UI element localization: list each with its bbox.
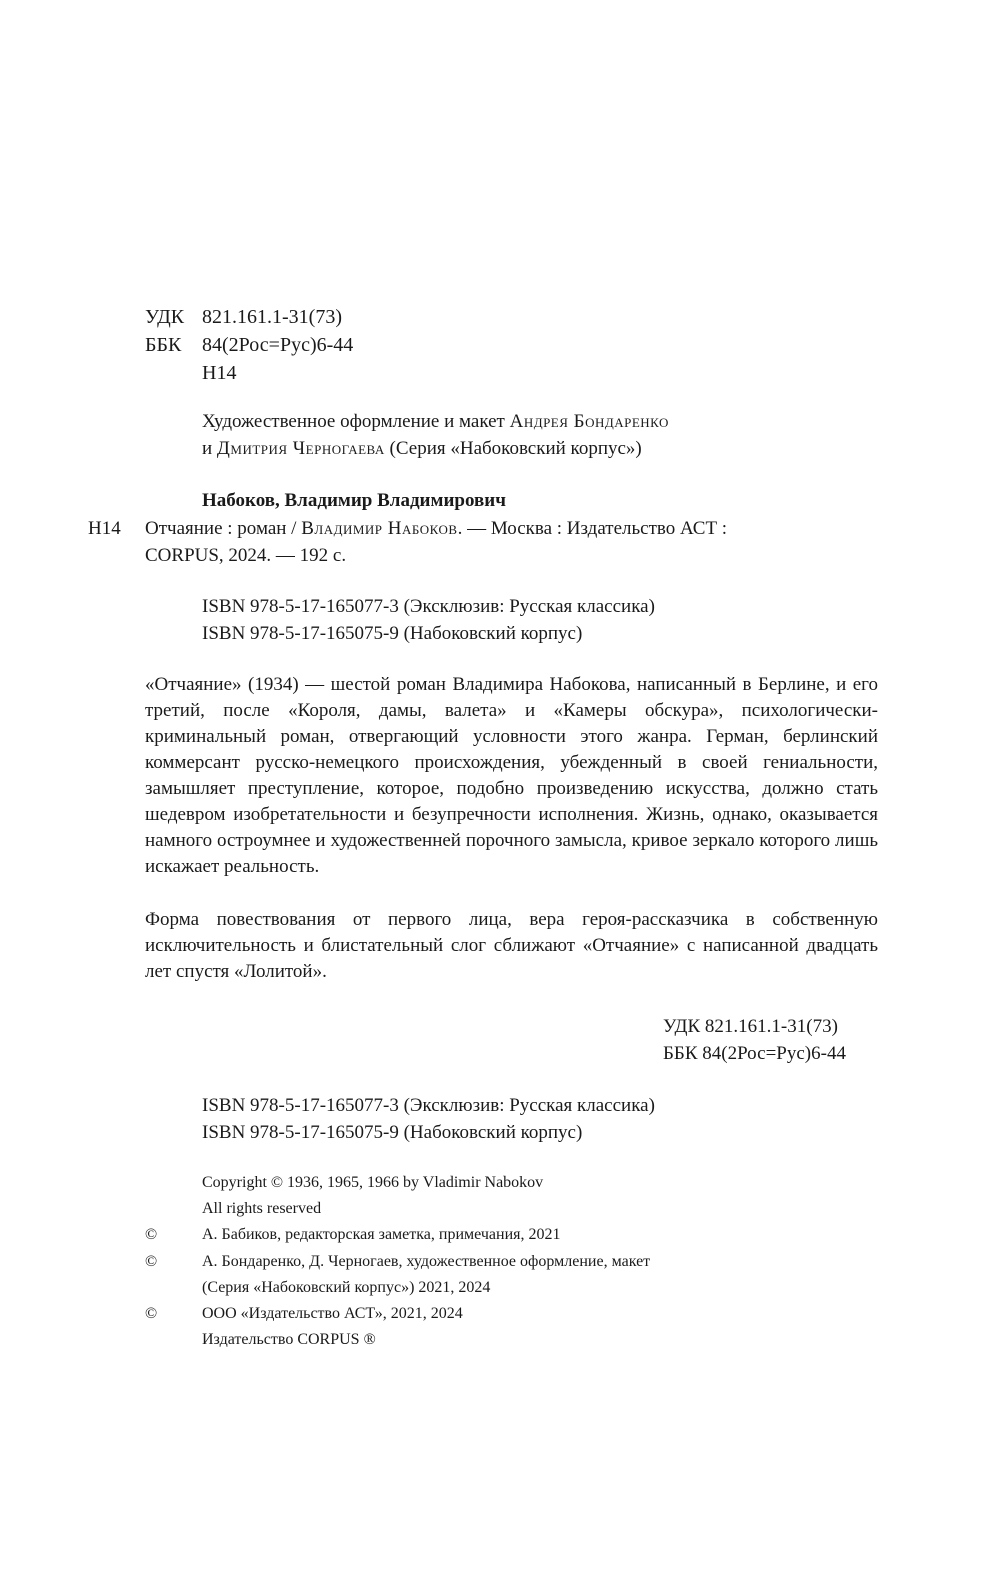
- design-credit-and: и: [202, 438, 217, 459]
- annotation-paragraph-2: Форма повествования от первого лица, вер…: [145, 907, 878, 985]
- design-credit-line2: и Дмитрия Черногаева (Серия «Набоковский…: [202, 436, 642, 462]
- copyright-icon: ©: [145, 1301, 157, 1327]
- udk-bottom: УДК 821.161.1-31(73): [663, 1014, 838, 1040]
- isbn-1: ISBN 978-5-17-165077-3 (Эксклюзив: Русск…: [202, 594, 655, 620]
- isbn-4: ISBN 978-5-17-165075-9 (Набоковский корп…: [202, 1120, 582, 1146]
- copyright-line: Copyright © 1936, 1965, 1966 by Vladimir…: [202, 1170, 543, 1196]
- catalog-title: Отчаяние : роман /: [145, 518, 301, 539]
- catalog-line2: CORPUS, 2024. — 192 с.: [145, 543, 346, 569]
- udk-label: УДК: [145, 304, 202, 330]
- author-mark-entry: Н14: [88, 516, 121, 542]
- bbk-value: 84(2Рос=Рус)6-44: [202, 334, 353, 356]
- bbk-bottom: ББК 84(2Рос=Рус)6-44: [663, 1041, 846, 1067]
- catalog-author: Владимир Набоков: [301, 518, 457, 539]
- series-note: (Серия «Набоковский корпус»): [385, 438, 642, 459]
- catalog-line1: Отчаяние : роман / Владимир Набоков. — М…: [145, 516, 727, 542]
- designer-name-2: Дмитрия Черногаева: [217, 438, 385, 459]
- catalog-imprint: . — Москва : Издательство АСТ :: [458, 518, 728, 539]
- rights-reserved: All rights reserved: [202, 1196, 321, 1222]
- isbn-3: ISBN 978-5-17-165077-3 (Эксклюзив: Русск…: [202, 1093, 655, 1119]
- copyright-icon: ©: [145, 1249, 157, 1275]
- copyright-entry-design-cont: (Серия «Набоковский корпус») 2021, 2024: [202, 1275, 490, 1301]
- copyright-entry-design: А. Бондаренко, Д. Черногаев, художествен…: [202, 1249, 650, 1275]
- publisher-imprint: Издательство CORPUS ®: [202, 1327, 376, 1353]
- copyright-entry-publisher: ООО «Издательство АСТ», 2021, 2024: [202, 1301, 463, 1327]
- bbk-label: ББК: [145, 332, 202, 358]
- copyright-icon: ©: [145, 1222, 157, 1248]
- design-credit-prefix: Художественное оформление и макет: [202, 411, 510, 432]
- isbn-2: ISBN 978-5-17-165075-9 (Набоковский корп…: [202, 621, 582, 647]
- udk-top: УДК821.161.1-31(73): [145, 304, 342, 330]
- author-heading: Набоков, Владимир Владимирович: [202, 488, 506, 514]
- design-credit-line1: Художественное оформление и макет Андрея…: [202, 409, 669, 435]
- copyright-entry-editor: А. Бабиков, редакторская заметка, примеч…: [202, 1222, 561, 1248]
- bbk-top: ББК84(2Рос=Рус)6-44: [145, 332, 353, 358]
- author-mark-top: Н14: [202, 360, 236, 386]
- udk-value: 821.161.1-31(73): [202, 306, 342, 328]
- designer-name-1: Андрея Бондаренко: [510, 411, 669, 432]
- annotation-paragraph-1: «Отчаяние» (1934) — шестой роман Владими…: [145, 672, 878, 880]
